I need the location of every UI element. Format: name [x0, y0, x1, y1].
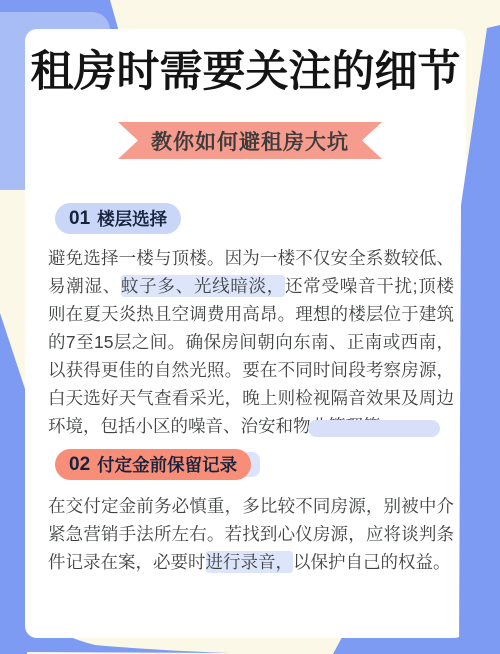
section-1-heading: 楼层选择 — [97, 206, 167, 231]
section-2-paragraph: 在交付定金前务必慎重，多比较不同房源，别被中介紧急营销手法所左右。若找到心仪房源… — [48, 492, 454, 576]
section-1-paragraph: 避免选择一楼与顶楼。因为一楼不仅安全系数较低、易潮湿、蚊子多、光线暗淡，还常受噪… — [48, 244, 454, 440]
section-1-badge: 01 楼层选择 — [55, 203, 181, 234]
section-1-number: 01 — [69, 208, 90, 230]
subtitle-ribbon-label: 教你如何避租房大坑 — [151, 126, 349, 156]
section-2-heading: 付定金前保留记录 — [97, 452, 237, 477]
decorative-blue-pill — [308, 420, 440, 437]
section-2-badge: 02 付定金前保留记录 — [55, 449, 251, 480]
section-2-highlighted-text: 进行录音， — [206, 551, 294, 573]
poster-page: 租房时需要关注的细节 教你如何避租房大坑 01 楼层选择 避免选择一楼与顶楼。因… — [0, 0, 500, 654]
card-content: 租房时需要关注的细节 教你如何避租房大坑 01 楼层选择 避免选择一楼与顶楼。因… — [25, 29, 466, 638]
section-1-highlighted-text: 蚊子多、光线暗淡， — [121, 275, 285, 297]
subtitle-ribbon: 教你如何避租房大坑 — [118, 122, 382, 159]
section-1-text-segment: 还常受噪音干扰;顶楼则在夏天炎热且空调费用高昂。理想的楼层位于建筑的7至15层之… — [48, 276, 454, 436]
section-2-number: 02 — [69, 454, 90, 476]
section-2-text-segment: 以保护自己的权益。 — [293, 552, 451, 572]
page-title: 租房时需要关注的细节 — [25, 49, 466, 96]
